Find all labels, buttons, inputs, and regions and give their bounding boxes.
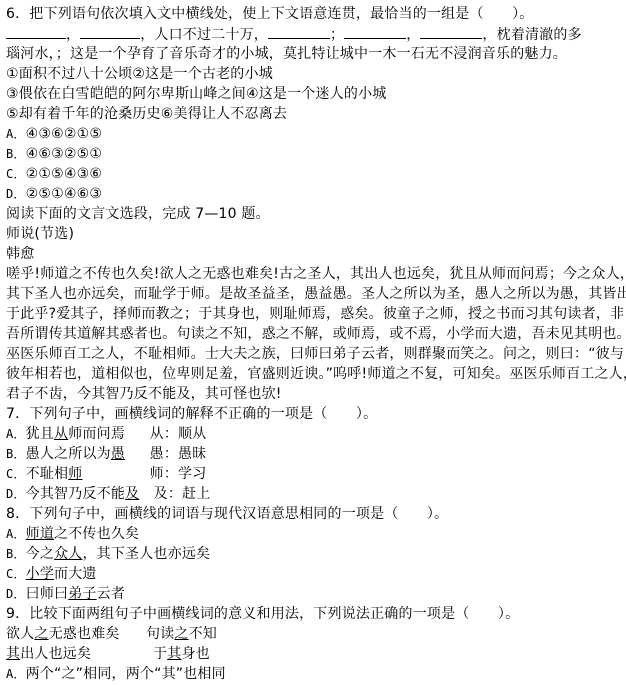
underlined-word: 师 [68,466,82,482]
underlined-word: 其 [6,646,20,662]
option-letter: C． [6,167,26,181]
sentence-text: 句读 [146,626,174,642]
option-letter: A． [6,427,26,441]
sentence-text: 不知 [189,626,217,642]
q7-stem: 7．下列句子中，画横线词的解释不正确的一项是（ ）。 [6,404,626,424]
passage-text: 于此乎?爱其子，择师而教之；于其身也，则耻师焉，惑矣。彼童子之师，授之书而习其句… [6,306,624,322]
q7-option-c[interactable]: C．不耻相师师：学习 [6,464,626,484]
fill-blank-5[interactable] [420,24,482,39]
option-text: ②⑤①④⑥③ [26,186,103,202]
q6-stem-text: 6．把下列语句依次填入文中横线处，使上下文语意连贯，最恰当的一组是（ ）。 [6,6,534,22]
underlined-word: 小学 [26,566,54,582]
q6-sentence-text: ③偎依在白雪皑皑的阿尔卑斯山峰之间④这是一个迷人的小城 [6,86,387,102]
q7-option-d[interactable]: D．今其智乃反不能及及：赶上 [6,484,626,504]
passage-author-text: 韩愈 [6,246,34,262]
option-text: 犹且 [26,426,54,442]
passage-text: 巫医乐师百工之人，不耻相师。士大夫之族，曰师曰弟子云者，则群聚而笑之。问之，则曰… [6,346,624,362]
option-text: 今其智乃反不能 [26,486,125,502]
sentence-text: 无惑也难矣 [49,626,120,642]
q7-stem-text: 7．下列句子中，画横线词的解释不正确的一项是（ ）。 [6,406,377,422]
q8-option-b[interactable]: B．今之众人，其下圣人也亦远矣 [6,544,626,564]
sentence-text: 欲人 [6,626,34,642]
option-text: ④⑥③②⑤① [26,146,103,162]
passage-title: 师说(节选) [6,224,626,244]
option-gloss: 及：赶上 [154,486,211,502]
option-text: 云者 [97,586,125,602]
passage-line: 嗟乎!师道之不传也久矣!欲人之无惑也难矣!古之圣人，其出人也远矣，犹且从师而问焉… [6,264,626,284]
option-text: 今之 [26,546,54,562]
passage-line: 巫医乐师百工之人，不耻相师。士大夫之族，曰师曰弟子云者，则群聚而笑之。问之，则曰… [6,344,626,364]
underlined-word: 弟子 [68,586,96,602]
sentence-text: 出人也远矣 [20,646,91,662]
q8-option-c[interactable]: C．小学而大遗 [6,564,626,584]
underlined-word: 师道 [26,526,54,542]
option-letter: A． [6,527,26,541]
passage-line: 彼年相若也，道相似也，位卑则足羞，官盛则近谀。”呜呼!师道之不复，可知矣。巫医乐… [6,364,626,384]
q6-sentence: ①面积不过八十公顷②这是一个古老的小城 [6,64,626,84]
q9-option-a[interactable]: A．两个“之”相同，两个“其”也相同 [6,664,626,684]
option-gloss: 愚：愚昧 [150,446,207,462]
option-text: 曰师曰 [26,586,69,602]
underlined-word: 之 [34,626,48,642]
underlined-word: 愚 [111,446,125,462]
q6-option-b[interactable]: B．④⑥③②⑤① [6,144,626,164]
option-letter: D． [6,187,26,201]
option-gloss: 师：学习 [150,466,207,482]
reading-intro-text: 阅读下面的文言文选段，完成 7—10 题。 [6,206,270,222]
q6-stem: 6．把下列语句依次填入文中横线处，使上下文语意连贯，最恰当的一组是（ ）。 [6,4,626,24]
fill-blank-1[interactable] [6,24,66,39]
q8-stem: 8．下列句子中，画横线的词语与现代汉语意思相同的一项是（ ）。 [6,504,626,524]
option-text: ②①⑤④③⑥ [26,166,103,182]
option-text: 愚人之所以为 [26,446,111,462]
option-letter: D． [6,487,26,501]
passage-line: 吾所谓传其道解其惑者也。句读之不知，惑之不解，或师焉，或不焉，小学而大遗，吾未见… [6,324,626,344]
option-text: 之不传也久矣 [54,526,139,542]
q6-line2-text: 人口不过二十万， [154,27,268,43]
q9-sentence-pair: 其出人也远矣于其身也 [6,644,626,664]
q9-sentence-pair: 欲人之无惑也难矣句读之不知 [6,624,626,644]
option-letter: A． [6,667,26,681]
underlined-word: 从 [54,426,68,442]
q9-stem-text: 9．比较下面两组句子中画横线词的意义和用法，下列说法正确的一项是（ ）。 [6,606,519,622]
q9-stem: 9．比较下面两组句子中画横线词的意义和用法，下列说法正确的一项是（ ）。 [6,604,626,624]
option-text: ，其下圣人也亦远矣 [82,546,210,562]
passage-line: 其下圣人也亦远矣，而耻学于师。是故圣益圣，愚益愚。圣人之所以为圣，愚人之所以为愚… [6,284,626,304]
passage-line: 于此乎?爱其子，择师而教之；于其身也，则耻师焉，惑矣。彼童子之师，授之书而习其句… [6,304,626,324]
q6-sentence-text: ⑤却有着千年的沧桑历史⑥美得让人不忍离去 [6,106,287,122]
option-letter: B． [6,147,26,161]
passage-text: 君子不齿，今其智乃反不能及，其可怪也欤! [6,386,282,402]
option-letter: D． [6,587,26,601]
option-letter: B． [6,547,26,561]
fill-blank-4[interactable] [344,24,406,39]
passage-author: 韩愈 [6,244,626,264]
option-gloss: 从：顺从 [150,426,207,442]
underlined-word: 之 [174,626,188,642]
underlined-word: 众人 [54,546,82,562]
q8-option-d[interactable]: D．曰师曰弟子云者 [6,584,626,604]
option-text: 师而问焉 [68,426,125,442]
q6-line3-text: 瑙河水，；这是一个孕育了音乐奇才的小城，莫扎特让城中一木一石无不浸润音乐的魅力。 [6,46,567,62]
q8-stem-text: 8．下列句子中，画横线的词语与现代汉语意思相同的一项是（ ）。 [6,506,448,522]
option-text: 不耻相 [26,466,69,482]
q6-option-a[interactable]: A．④③⑥②①⑤ [6,124,626,144]
q6-line2-tail: ，枕着清澈的多 [482,27,581,43]
q6-option-d[interactable]: D．②⑤①④⑥③ [6,184,626,204]
passage-title-text: 师说(节选) [6,226,74,242]
passage-text: 彼年相若也，道相似也，位卑则足羞，官盛则近谀。”呜呼!师道之不复，可知矣。巫医乐… [6,366,626,382]
underlined-word: 其 [167,646,181,662]
sentence-text: 身也 [181,646,209,662]
passage-line: 君子不齿，今其智乃反不能及，其可怪也欤! [6,384,626,404]
q7-option-b[interactable]: B．愚人之所以为愚愚：愚昧 [6,444,626,464]
passage-text: 其下圣人也亦远矣，而耻学于师。是故圣益圣，愚益愚。圣人之所以为圣，愚人之所以为愚… [6,286,626,302]
fill-blank-2[interactable] [80,24,140,39]
option-text: 两个“之”相同，两个“其”也相同 [26,666,226,682]
passage-text: 嗟乎!师道之不传也久矣!欲人之无惑也难矣!古之圣人，其出人也远矣，犹且从师而问焉… [6,266,626,282]
passage-text: 吾所谓传其道解其惑者也。句读之不知，惑之不解，或师焉，或不焉，小学而大遗，吾未见… [6,326,626,342]
document: 6．把下列语句依次填入文中横线处，使上下文语意连贯，最恰当的一组是（ ）。 ，，… [0,0,626,684]
q6-line3: 瑙河水，；这是一个孕育了音乐奇才的小城，莫扎特让城中一木一石无不浸润音乐的魅力。 [6,44,626,64]
option-letter: C． [6,467,26,481]
option-text: 而大遗 [54,566,97,582]
q6-sentence: ③偎依在白雪皑皑的阿尔卑斯山峰之间④这是一个迷人的小城 [6,84,626,104]
sentence-text: 于 [153,646,167,662]
q6-option-c[interactable]: C．②①⑤④③⑥ [6,164,626,184]
option-letter: A． [6,127,26,141]
underlined-word: 及 [125,486,139,502]
q6-blank-line: ，，人口不过二十万，；，，枕着清澈的多 [6,24,626,44]
option-text: ④③⑥②①⑤ [26,126,103,142]
q7-option-a[interactable]: A．犹且从师而问焉从：顺从 [6,424,626,444]
q8-option-a[interactable]: A．师道之不传也久矣 [6,524,626,544]
q6-sentence-text: ①面积不过八十公顷②这是一个古老的小城 [6,66,273,82]
option-letter: C． [6,567,26,581]
option-letter: B． [6,447,26,461]
q6-sentence: ⑤却有着千年的沧桑历史⑥美得让人不忍离去 [6,104,626,124]
reading-intro: 阅读下面的文言文选段，完成 7—10 题。 [6,204,626,224]
fill-blank-3[interactable] [268,24,330,39]
